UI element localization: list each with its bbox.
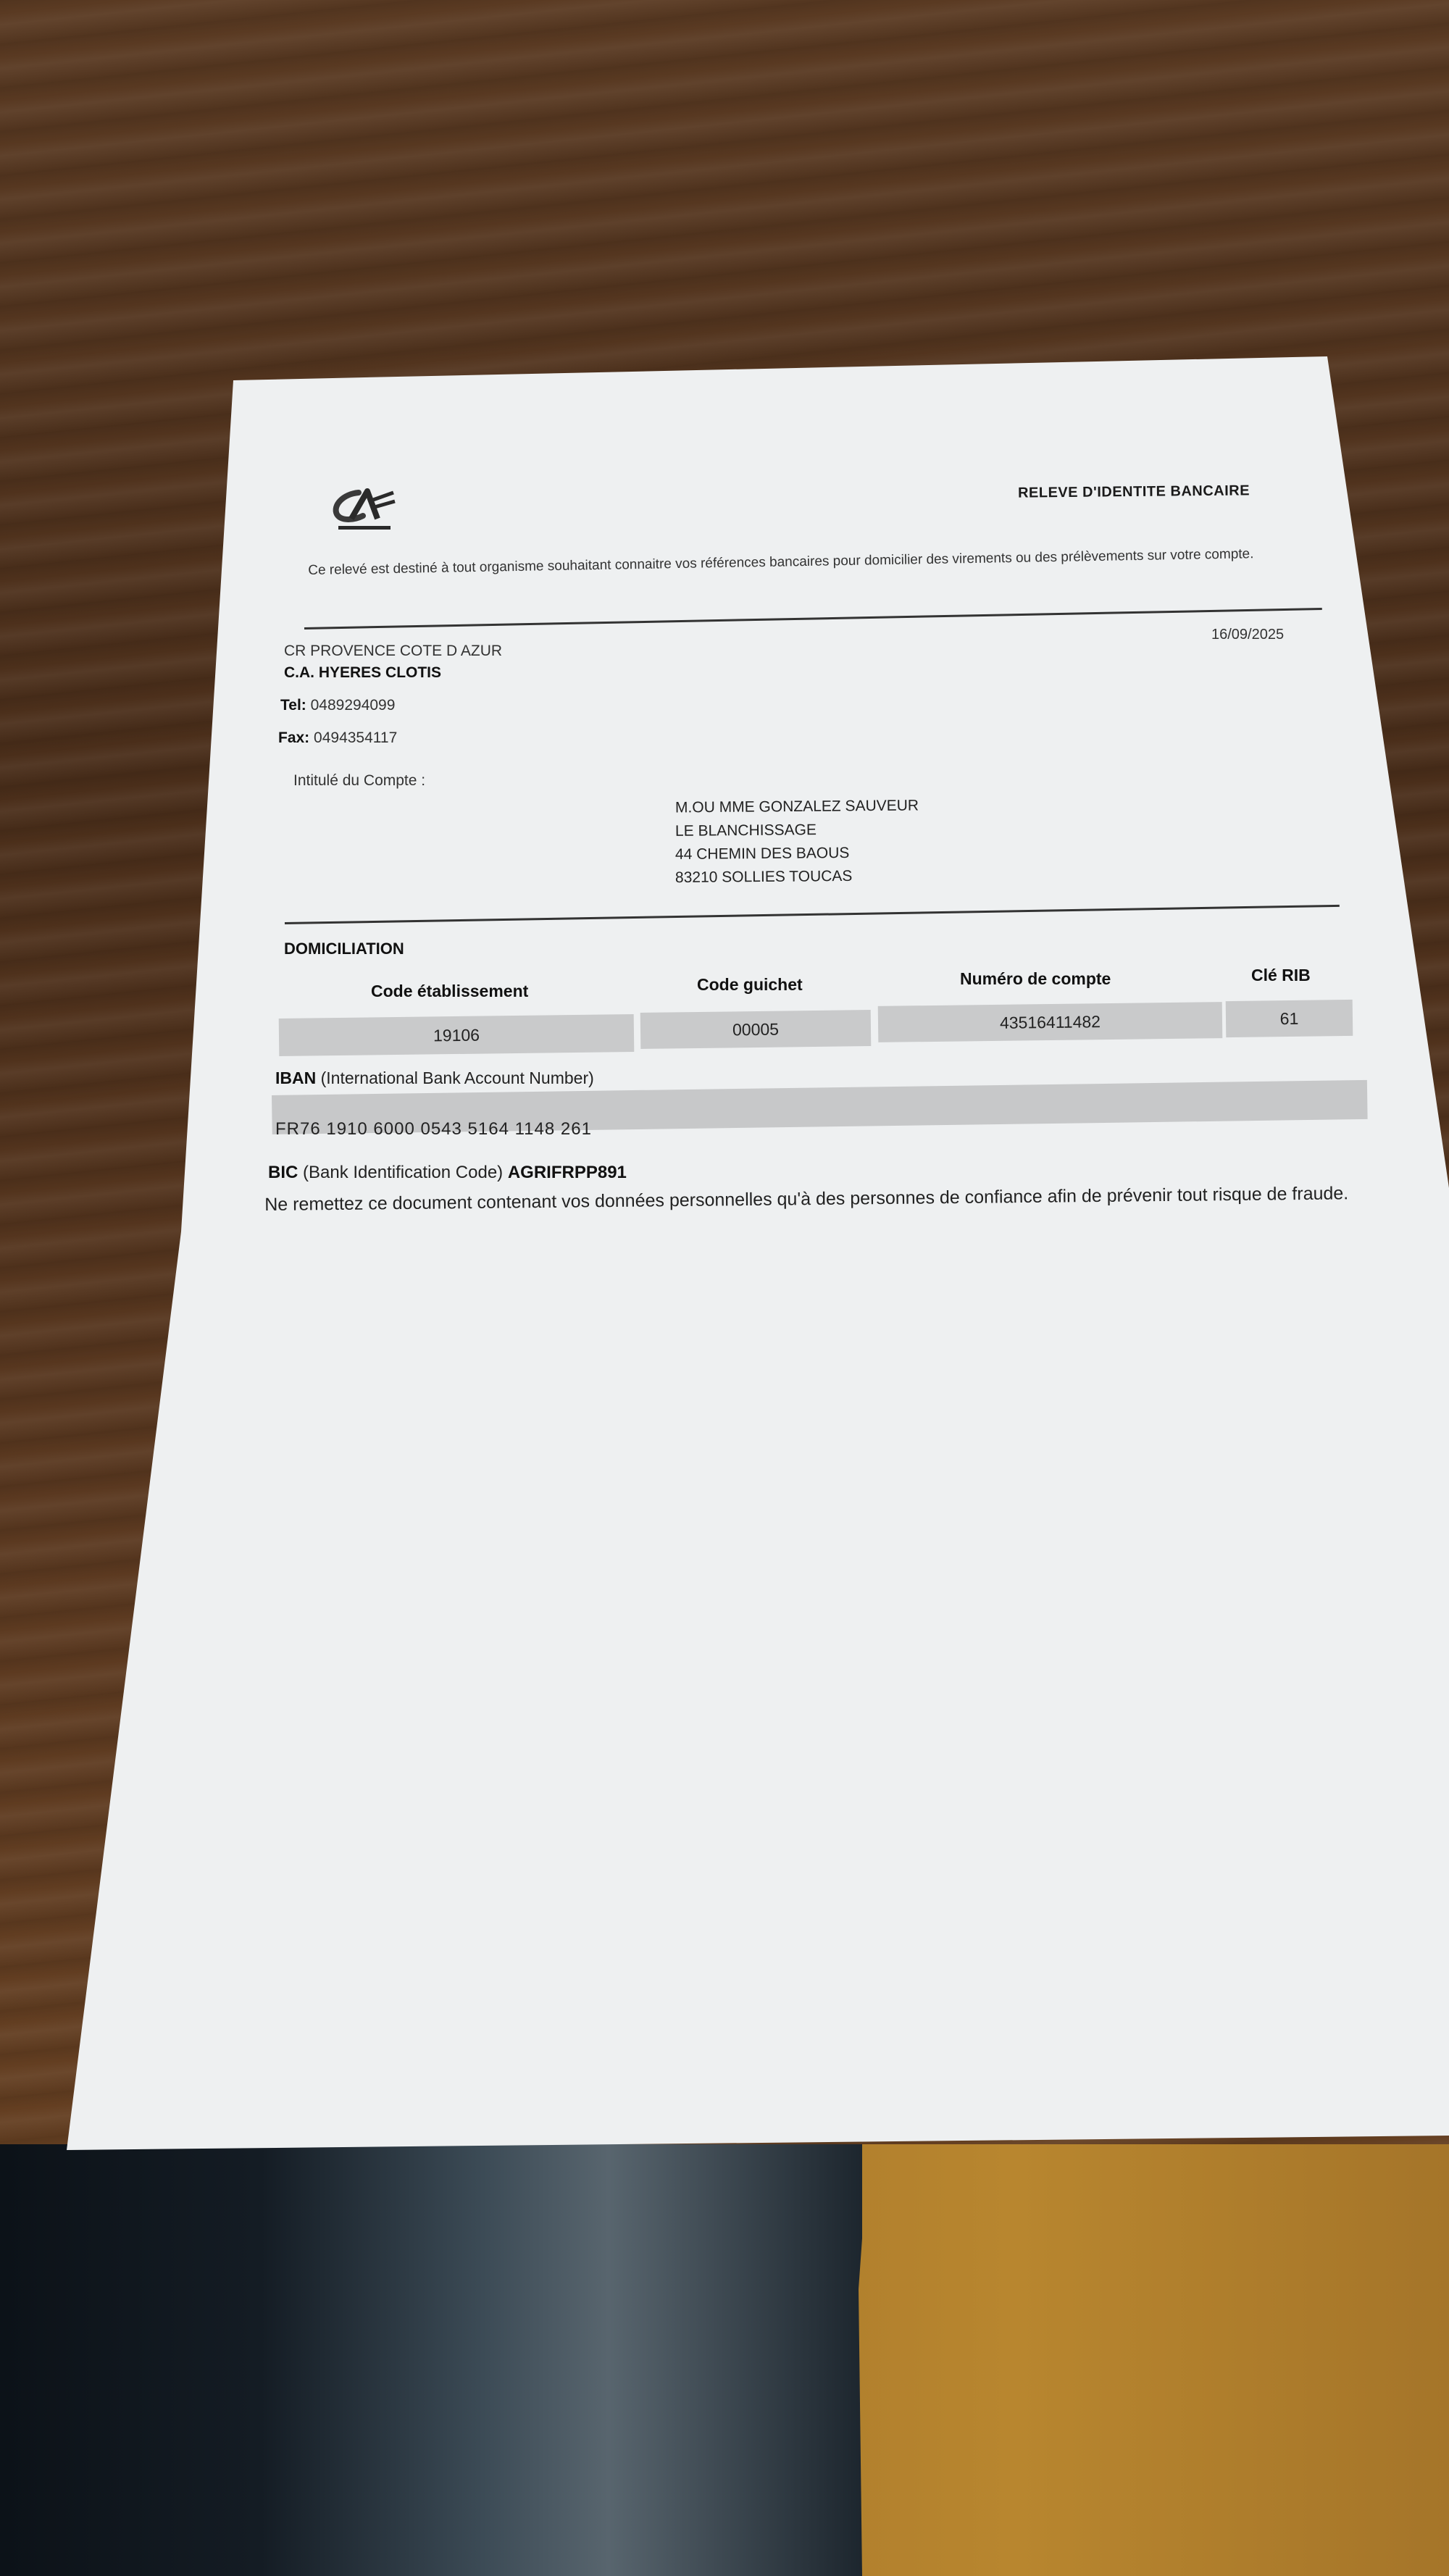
holder-name: M.OU MME GONZALEZ SAUVEUR xyxy=(675,798,919,817)
domiciliation-heading: DOMICILIATION xyxy=(284,940,404,958)
iban-label-desc: (International Bank Account Number) xyxy=(316,1069,594,1087)
col-header-rib-key: Clé RIB xyxy=(1251,966,1311,985)
fax-label: Fax: xyxy=(278,729,309,746)
phone-value: 0489294099 xyxy=(311,697,396,714)
phone-label: Tel: xyxy=(280,697,306,714)
bic-label-desc: (Bank Identification Code) xyxy=(298,1163,508,1182)
iban-value: FR76 1910 6000 0543 5164 1148 261 xyxy=(275,1119,592,1139)
account-title-label: Intitulé du Compte : xyxy=(293,772,425,790)
bank-fax: Fax: 0494354117 xyxy=(278,729,397,747)
rib-document: RELEVE D'IDENTITE BANCAIRE Ce relevé est… xyxy=(0,0,1449,2173)
privacy-warning: Ne remettez ce document contenant vos do… xyxy=(264,1176,1395,1221)
iban-label: IBAN (International Bank Account Number) xyxy=(275,1069,594,1088)
bank-region: CR PROVENCE COTE D AZUR xyxy=(284,643,502,660)
leg-in-jeans xyxy=(0,2144,869,2576)
document-title: RELEVE D'IDENTITE BANCAIRE xyxy=(1018,482,1250,501)
bic-line: BIC (Bank Identification Code) AGRIFRPP8… xyxy=(268,1163,627,1183)
iban-label-abbr: IBAN xyxy=(275,1069,316,1087)
divider-middle xyxy=(285,905,1340,924)
fax-value: 0494354117 xyxy=(314,729,397,746)
holder-city: 83210 SOLLIES TOUCAS xyxy=(675,868,853,887)
cell-branch-code: 00005 xyxy=(640,1010,872,1049)
bank-agency: C.A. HYERES CLOTIS xyxy=(284,664,441,682)
cell-account-number: 43516411482 xyxy=(878,1002,1223,1042)
col-header-account-number: Numéro de compte xyxy=(960,969,1111,989)
bank-phone: Tel: 0489294099 xyxy=(280,697,395,714)
holder-street: 44 CHEMIN DES BAOUS xyxy=(675,845,850,863)
bic-label-abbr: BIC xyxy=(268,1163,298,1182)
cell-rib-key: 61 xyxy=(1226,1000,1353,1037)
col-header-bank-code: Code établissement xyxy=(371,982,528,1001)
cell-bank-code: 19106 xyxy=(279,1014,635,1056)
bic-value: AGRIFRPP891 xyxy=(508,1163,627,1182)
divider-top xyxy=(304,608,1322,630)
credit-agricole-logo-icon xyxy=(330,484,402,535)
col-header-branch-code: Code guichet xyxy=(697,975,803,995)
intro-text: Ce relevé est destiné à tout organisme s… xyxy=(308,543,1264,582)
document-date: 16/09/2025 xyxy=(1211,627,1284,643)
holder-line2: LE BLANCHISSAGE xyxy=(675,821,817,840)
